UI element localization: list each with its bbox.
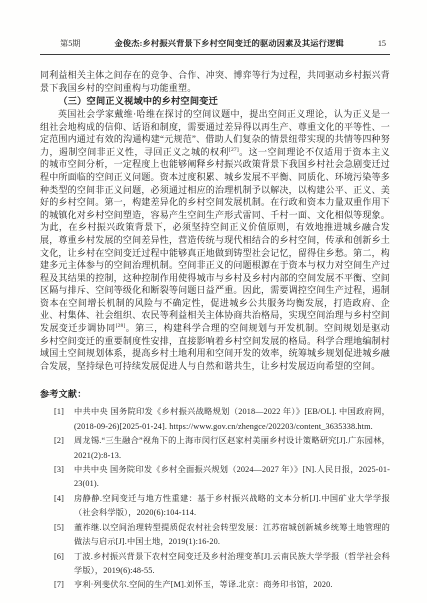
reference-text: 董祚继.以空间治理转型提质促农村社会转型发展：江苏宿城创新城乡统筹土地管理的做法…	[74, 521, 390, 550]
issue-number: 第5期	[60, 38, 80, 49]
reference-item: [5] 董祚继.以空间治理转型提质促农村社会转型发展：江苏宿城创新城乡统筹土地管…	[54, 521, 390, 550]
reference-label: [7]	[54, 578, 74, 592]
reference-label: [1]	[54, 405, 74, 434]
reference-list: [1] 中共中央 国务院印发《乡村振兴战略规划（2018—2022 年）》[EB…	[40, 405, 390, 592]
reference-text: 中共中央 国务院印发《乡村振兴战略规划（2018—2022 年）》[EB/OL]…	[74, 405, 390, 434]
article-body: 同利益相关主体之间存在的竞争、合作、冲突、博弈等行为过程，共同驱动乡村振兴背景下…	[40, 69, 390, 593]
journal-page: 第5期 金俊杰:乡村振兴背景下乡村空间变迁的驱动因素及其运行逻辑 15 同利益相…	[0, 0, 427, 603]
paragraph-continuation: 同利益相关主体之间存在的竞争、合作、冲突、博弈等行为过程，共同驱动乡村振兴背景下…	[40, 69, 390, 94]
reference-item: [4] 房静静.空间变迁与地方性重建：基于乡村振兴战略的文本分析[J].中国矿业…	[54, 492, 390, 521]
reference-item: [7] 亨利·列斐伏尔.空间的生产[M].刘怀玉，等译.北京：商务印书馆，202…	[54, 578, 390, 592]
reference-text: 中共中央 国务院印发《乡村全面振兴规划（2024—2027 年）》[N].人民日…	[74, 463, 390, 492]
reference-item: [2] 周龙锡.“三生融合”视角下的上海市闵行区赵家村美丽乡村设计策略研究[J]…	[54, 434, 390, 463]
reference-item: [6] 丁波.乡村振兴背景下农村空间变迁及乡村治理变革[J].云南民族大学学报（…	[54, 550, 390, 579]
reference-text: 房静静.空间变迁与地方性重建：基于乡村振兴战略的文本分析[J].中国矿业大学学报…	[74, 492, 390, 521]
reference-label: [5]	[54, 521, 74, 550]
section-paragraph: 英国社会学家戴维·哈维在探讨的空间议题中，提出空间正义理论，认为正义是一组社会地…	[40, 108, 390, 372]
citation-marker-27: [27]	[229, 147, 239, 153]
reference-item: [3] 中共中央 国务院印发《乡村全面振兴规划（2024—2027 年）》[N]…	[54, 463, 390, 492]
reference-item: [1] 中共中央 国务院印发《乡村振兴战略规划（2018—2022 年）》[EB…	[54, 405, 390, 434]
running-title: 金俊杰:乡村振兴背景下乡村空间变迁的驱动因素及其运行逻辑	[114, 38, 343, 49]
reference-label: [4]	[54, 492, 74, 521]
reference-text: 亨利·列斐伏尔.空间的生产[M].刘怀玉，等译.北京：商务印书馆，2020.	[74, 578, 390, 592]
section-heading: （三）空间正义视域中的乡村空间变迁	[40, 95, 390, 108]
reference-label: [6]	[54, 550, 74, 579]
citation-marker-28: [28]	[116, 323, 126, 329]
page-number: 15	[378, 39, 386, 48]
reference-label: [2]	[54, 434, 74, 463]
paragraph-text-2: 。这一空间理论不仅适用于资本主义的城市空间分析，一定程度上也能够阐释乡村振兴政策…	[40, 147, 390, 333]
references-heading: 参考文献：	[40, 387, 390, 400]
reference-text: 丁波.乡村振兴背景下农村空间变迁及乡村治理变革[J].云南民族大学学报（哲学社会…	[74, 550, 390, 579]
reference-text: 周龙锡.“三生融合”视角下的上海市闵行区赵家村美丽乡村设计策略研究[J].广东园…	[74, 434, 390, 463]
page-header: 第5期 金俊杰:乡村振兴背景下乡村空间变迁的驱动因素及其运行逻辑 15	[40, 38, 390, 55]
reference-label: [3]	[54, 463, 74, 492]
